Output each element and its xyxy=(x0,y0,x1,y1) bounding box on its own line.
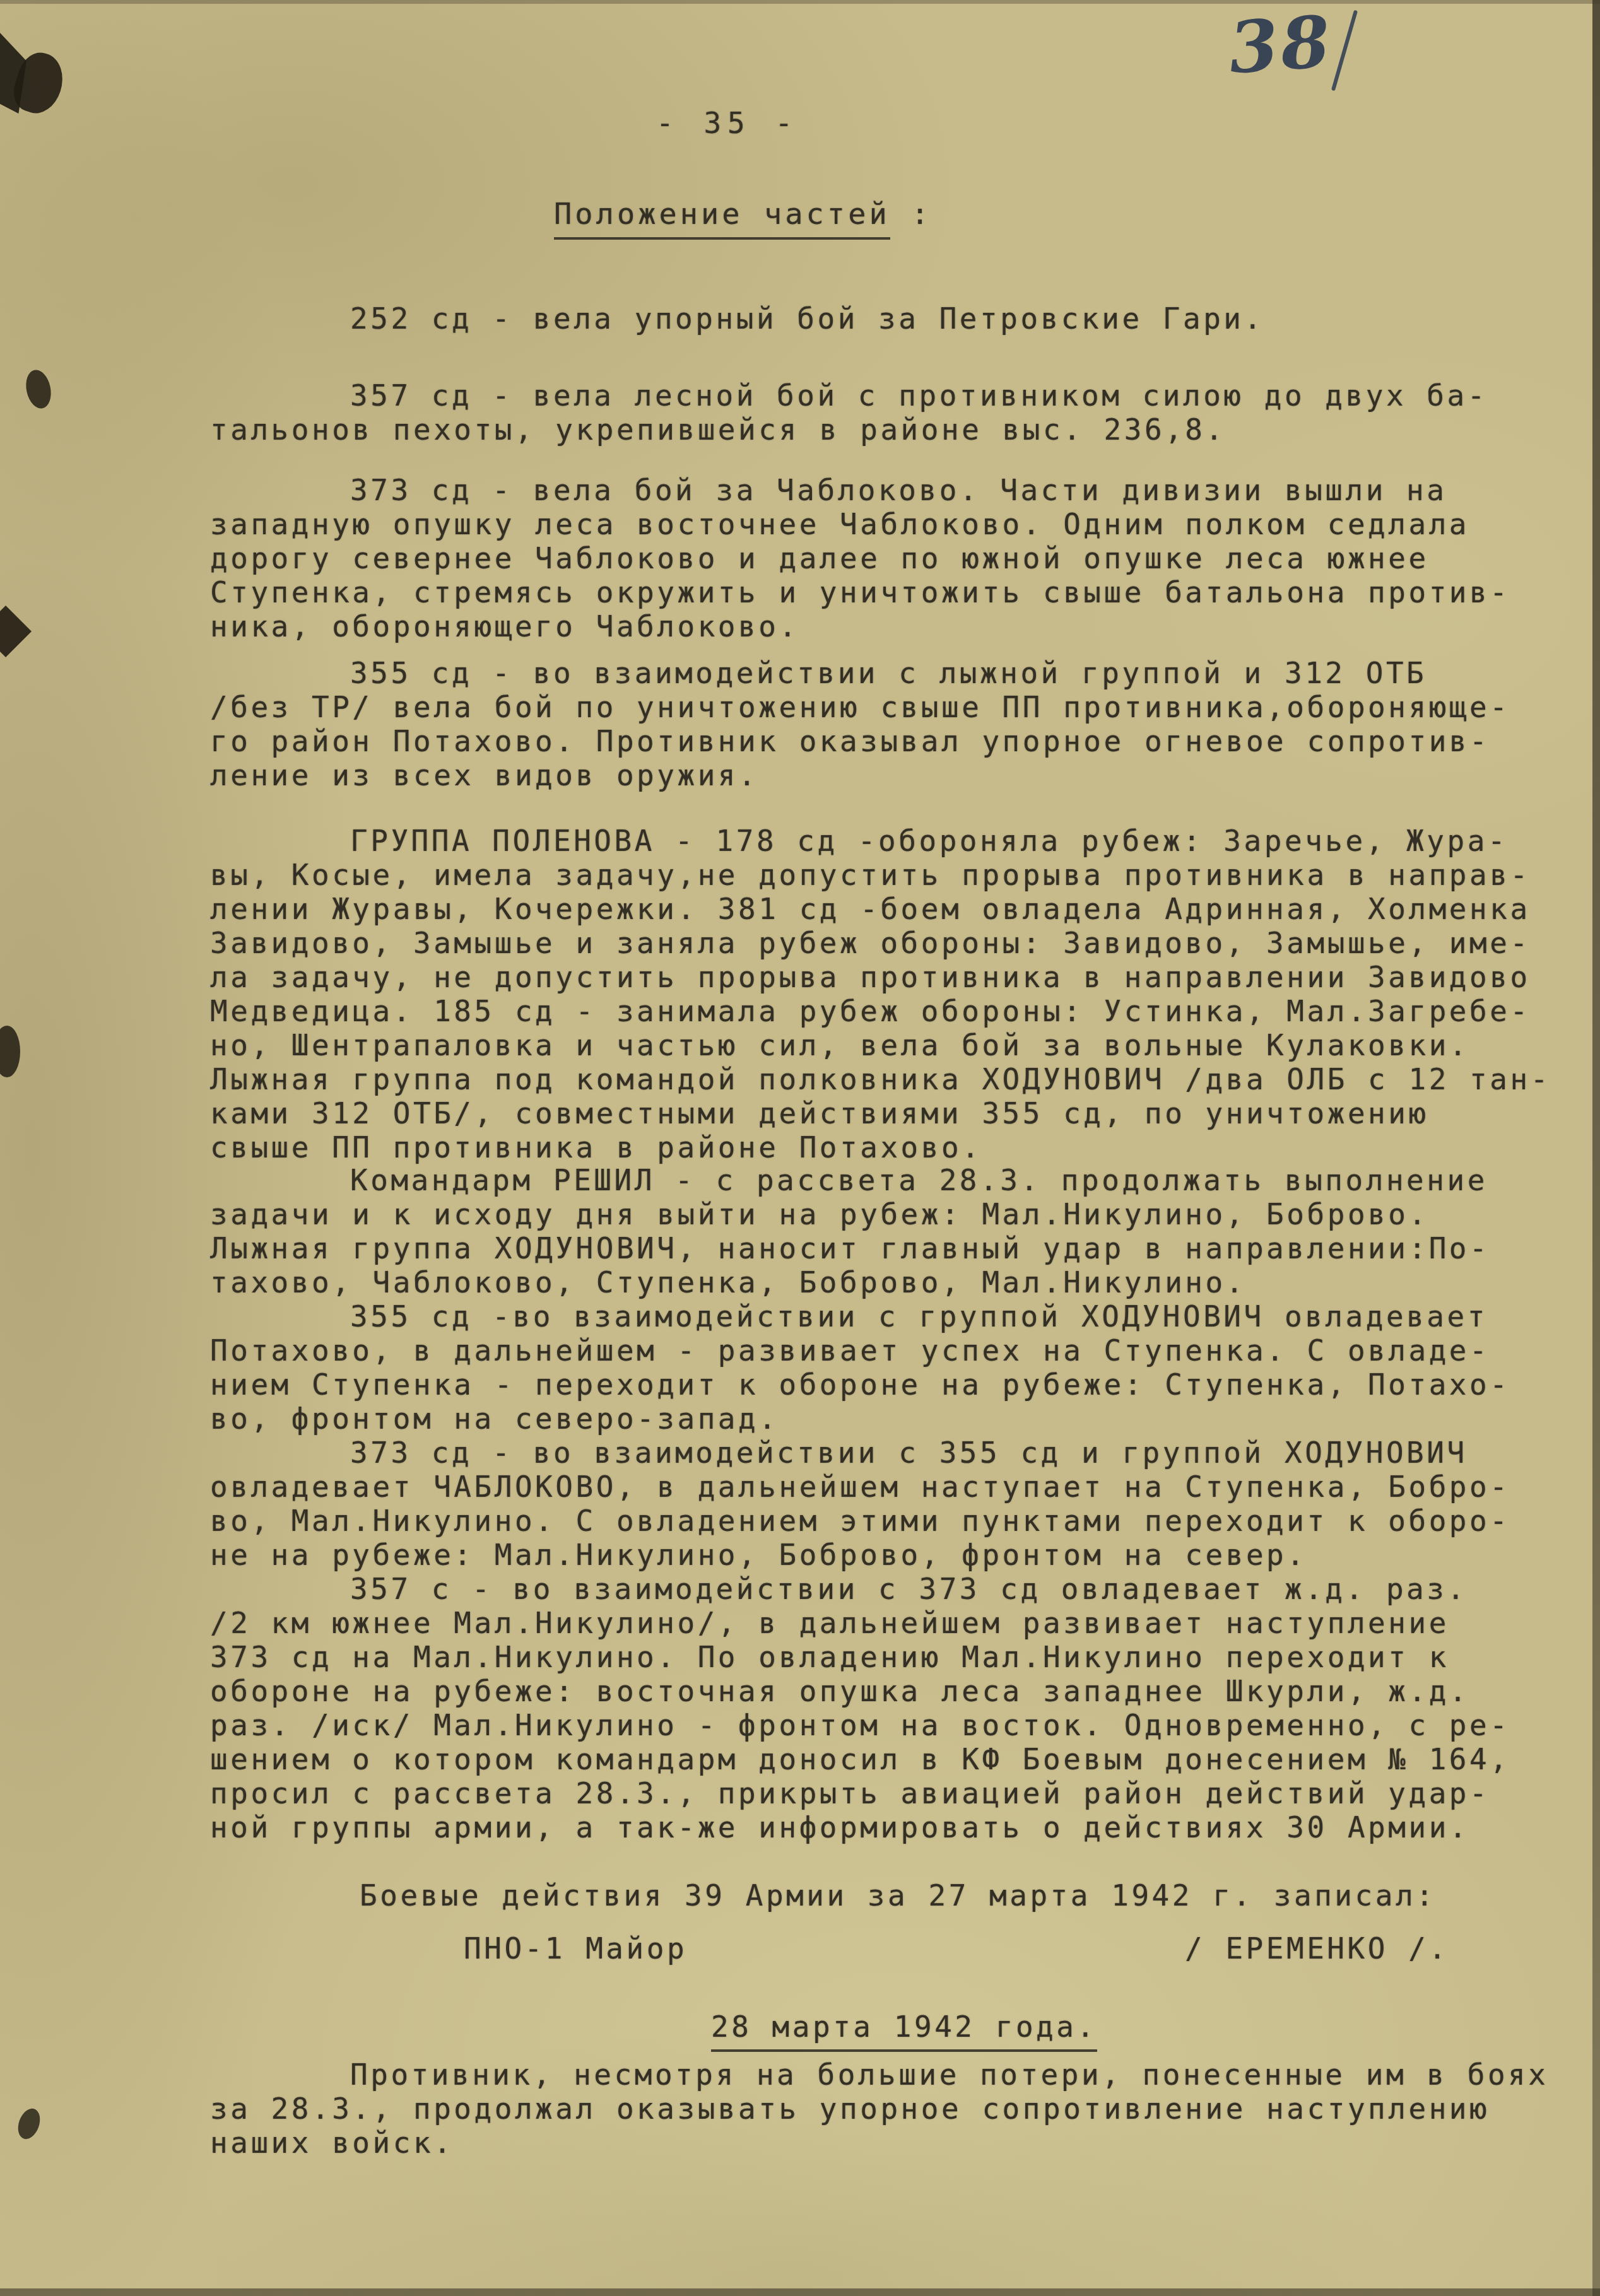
section-heading: Положение частей : xyxy=(554,197,932,231)
text-line: 357 сд - вела лесной бой с противником с… xyxy=(210,378,1563,413)
date-heading-text: 28 марта 1942 года. xyxy=(711,2010,1097,2052)
paragraph-252sd: 252 сд - вела упорный бой за Петровские … xyxy=(210,302,1563,336)
paper-damage-hole xyxy=(23,368,54,411)
paragraph-373sd: 373 сд - вела бой за Чаблоково. Части ди… xyxy=(210,473,1563,643)
text-line: Лыжная группа под командой полковника ХО… xyxy=(210,1062,1563,1096)
text-line: 355 сд - во взаимодействии с лыжной груп… xyxy=(210,656,1563,690)
text-line: /2 км южнее Мал.Никулино/, в дальнейшем … xyxy=(210,1606,1563,1640)
paragraph-enemy-resistance: Противник, несмотря на большие потери, п… xyxy=(210,2058,1563,2160)
date-heading: 28 марта 1942 года. xyxy=(711,2010,1097,2044)
text-line: го район Потахово. Противник оказывал уп… xyxy=(210,724,1563,758)
text-line: шением о котором командарм доносил в КФ … xyxy=(210,1742,1563,1776)
paper-damage-mark xyxy=(0,606,32,657)
page-number: - 35 - xyxy=(656,106,799,140)
signer-name: / ЕРЕМЕНКО /. xyxy=(1185,1931,1449,1965)
text-line: обороне на рубеже: восточная опушка леса… xyxy=(210,1674,1563,1708)
signer-title: ПНО-1 Майор xyxy=(464,1931,687,1965)
text-line: задачи и к исходу дня выйти на рубеж: Ма… xyxy=(210,1197,1563,1231)
text-line: ла задачу, не допустить прорыва противни… xyxy=(210,960,1563,994)
text-line: свыше ПП противника в районе Потахово. xyxy=(210,1130,1563,1164)
section-heading-text: Положение частей xyxy=(554,197,890,240)
text-line: Ступенка, стремясь окружить и уничтожить… xyxy=(210,575,1563,609)
paper-damage-hole xyxy=(14,2106,44,2142)
paragraph-355sd: 355 сд - во взаимодействии с лыжной груп… xyxy=(210,656,1563,792)
text-line: тахово, Чаблоково, Ступенка, Боброво, Ма… xyxy=(210,1265,1563,1299)
text-line: ление из всех видов оружия. xyxy=(210,758,1563,792)
text-line: 357 с - во взаимодействии с 373 сд овлад… xyxy=(210,1572,1563,1606)
text-line: лении Журавы, Кочережки. 381 сд -боем ов… xyxy=(210,892,1563,926)
scan-edge-right xyxy=(1592,0,1600,2296)
text-line: раз. /иск/ Мал.Никулино - фронтом на вос… xyxy=(210,1708,1563,1742)
text-line: 373 сд на Мал.Никулино. По овладению Мал… xyxy=(210,1640,1563,1674)
paragraph-komandarm-decision: Командарм РЕШИЛ - с рассвета 28.3. продо… xyxy=(210,1163,1563,1844)
scanned-document-page: 38 - 35 - Положение частей : 252 сд - ве… xyxy=(0,0,1600,2296)
text-line: ГРУППА ПОЛЕНОВА - 178 сд -обороняла рубе… xyxy=(210,824,1563,858)
text-line: во, фронтом на северо-запад. xyxy=(210,1402,1563,1436)
text-line: вы, Косые, имела задачу,не допустить про… xyxy=(210,858,1563,892)
text-line: Потахово, в дальнейшем - развивает успех… xyxy=(210,1333,1563,1368)
text-line: тальонов пехоты, укрепившейся в районе в… xyxy=(210,413,1563,447)
text-line: наших войск. xyxy=(210,2126,1563,2160)
text-line: нием Ступенка - переходит к обороне на р… xyxy=(210,1368,1563,1402)
text-line: /без ТР/ вела бой по уничтожению свыше П… xyxy=(210,690,1563,724)
text-line: Завидово, Замышье и заняла рубеж обороны… xyxy=(210,926,1563,960)
text-line: 252 сд - вела упорный бой за Петровские … xyxy=(210,302,1563,336)
scan-edge-top xyxy=(0,0,1600,4)
text-line: ной группы армии, а так-же информировать… xyxy=(210,1810,1563,1844)
text-line: во, Мал.Никулино. С овладением этими пун… xyxy=(210,1504,1563,1538)
paper-damage-hole xyxy=(0,1026,20,1077)
text-line: Лыжная группа ХОДУНОВИЧ, наносит главный… xyxy=(210,1231,1563,1265)
text-line: ками 312 ОТБ/, совместными действиями 35… xyxy=(210,1096,1563,1130)
text-line: дорогу севернее Чаблоково и далее по южн… xyxy=(210,541,1563,575)
text-line: не на рубеже: Мал.Никулино, Боброво, фро… xyxy=(210,1538,1563,1572)
section-heading-colon: : xyxy=(890,197,932,231)
text-line: 373 сд - во взаимодействии с 355 сд и гр… xyxy=(210,1436,1563,1470)
text-line: западную опушку леса восточнее Чаблоково… xyxy=(210,507,1563,541)
text-line: за 28.3., продолжал оказывать упорное со… xyxy=(210,2092,1563,2126)
text-line: 355 сд -во взаимодействии с группой ХОДУ… xyxy=(210,1299,1563,1333)
text-line: Противник, несмотря на большие потери, п… xyxy=(210,2058,1563,2092)
text-line: овладевает ЧАБЛОКОВО, в дальнейшем насту… xyxy=(210,1470,1563,1504)
handwritten-slash-stroke xyxy=(1331,10,1358,91)
text-line: 373 сд - вела бой за Чаблоково. Части ди… xyxy=(210,473,1563,507)
closing-record-line: Боевые действия 39 Армии за 27 марта 194… xyxy=(360,1878,1436,1912)
paragraph-357sd: 357 сд - вела лесной бой с противником с… xyxy=(210,378,1563,447)
text-line: ника, обороняющего Чаблоково. xyxy=(210,609,1563,643)
text-line: просил с рассвета 28.3., прикрыть авиаци… xyxy=(210,1776,1563,1810)
text-line: но, Шентрапаловка и частью сил, вела бой… xyxy=(210,1028,1563,1062)
paragraph-group-polenova: ГРУППА ПОЛЕНОВА - 178 сд -обороняла рубе… xyxy=(210,824,1563,1164)
handwritten-page-number: 38 xyxy=(1226,0,1336,90)
text-line: Медведица. 185 сд - занимала рубеж оборо… xyxy=(210,994,1563,1028)
text-line: Командарм РЕШИЛ - с рассвета 28.3. продо… xyxy=(210,1163,1563,1197)
scan-edge-bottom xyxy=(0,2288,1600,2296)
